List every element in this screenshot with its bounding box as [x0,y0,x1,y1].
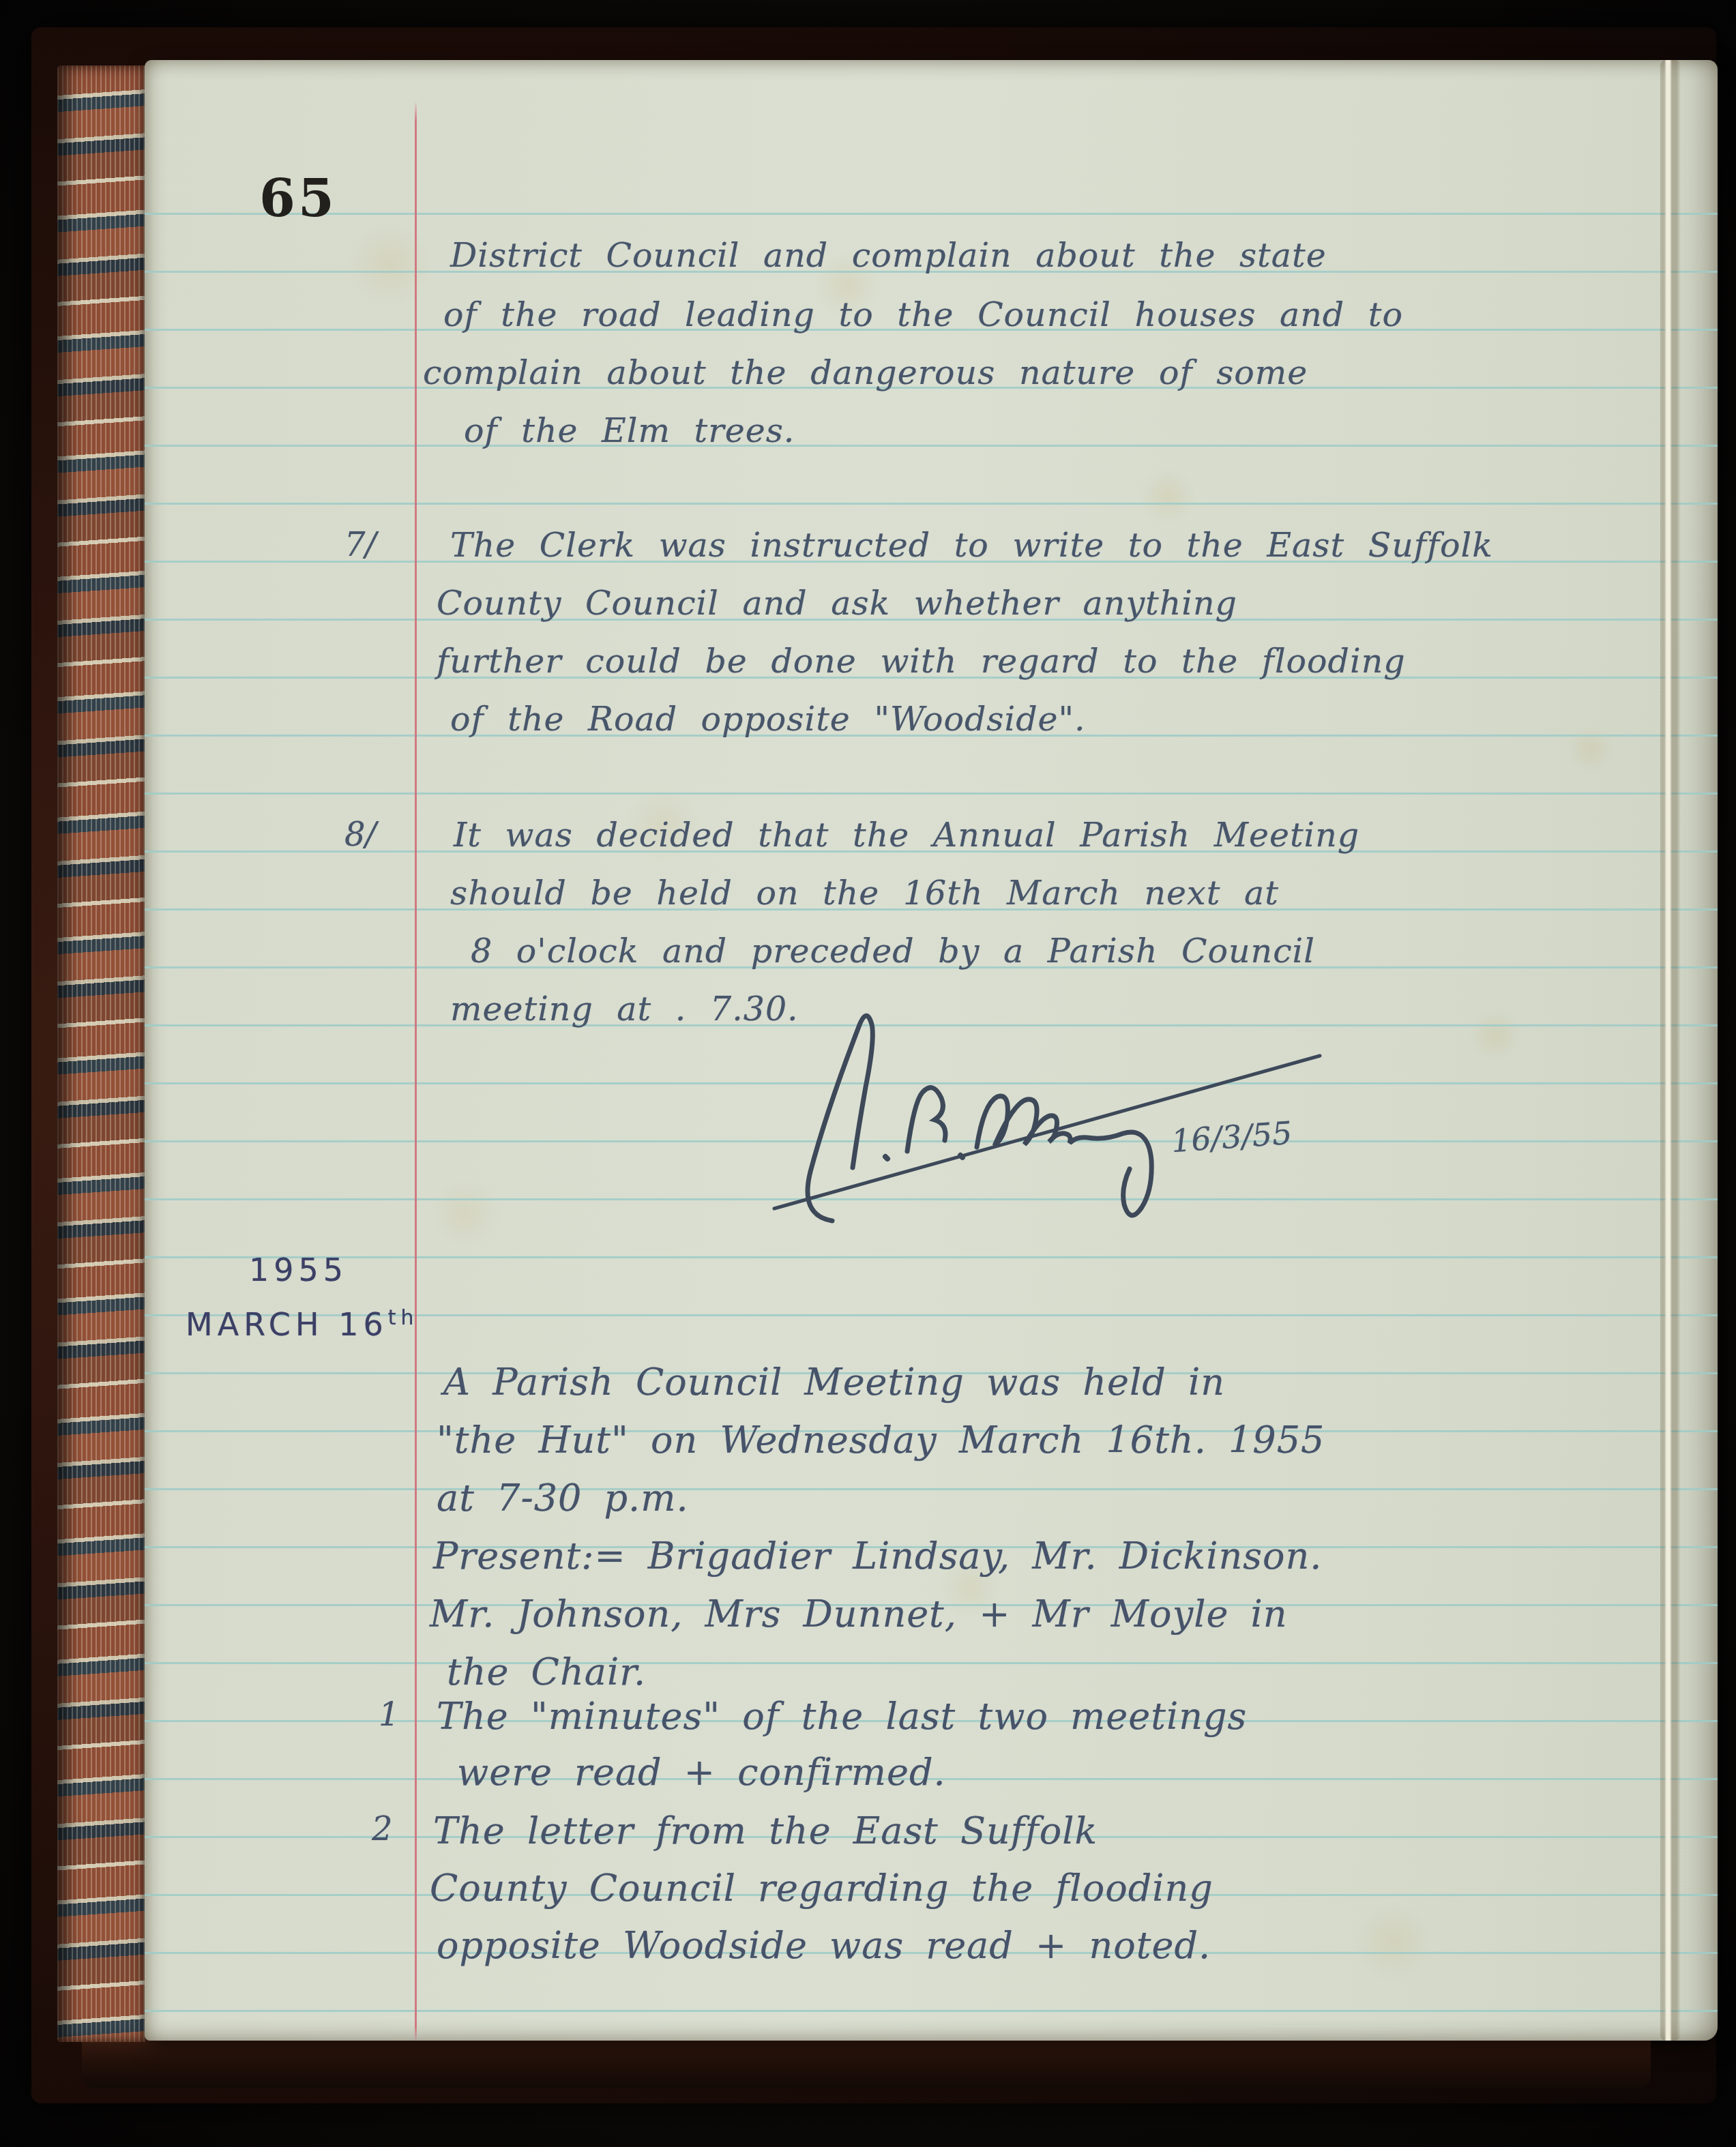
page-number: 65 [259,168,337,228]
red-margin-line [415,60,417,2041]
handwritten-line: The letter from the East Suffolk [433,1813,1098,1850]
handwritten-line: Present:= Brigadier Lindsay, Mr. Dickins… [433,1538,1322,1575]
notebook-page: 65 District Council and complain about t… [145,60,1718,2041]
handwritten-line: of the Road opposite "Woodside". [450,702,1086,736]
handwritten-line: County Council and ask whether anything [437,587,1237,620]
handwritten-line: at 7-30 p.m. [437,1480,689,1517]
handwritten-line: Mr. Johnson, Mrs Dunnet, + Mr Moyle in [430,1596,1288,1633]
handwritten-line: It was decided that the Annual Parish Me… [454,818,1359,852]
item-2-marker: 2 [372,1813,394,1846]
item-7-marker: 7/ [344,529,377,561]
handwritten-line: were read + confirmed. [457,1754,946,1791]
signature-date: 16/3/55 [1171,1117,1293,1157]
handwritten-line: "the Hut" on Wednesday March 16th. 1955 [437,1422,1325,1459]
handwritten-line: of the road leading to the Council house… [443,298,1403,331]
handwritten-line: the Chair. [447,1654,646,1691]
scanned-minute-book-photo: 65 District Council and complain about t… [0,0,1736,2147]
book-leather-bottom-edge [82,2035,1651,2088]
handwritten-line: A Parish Council Meeting was held in [443,1364,1225,1401]
handwritten-line: further could be done with regard to the… [437,645,1406,678]
page-fold-crease [1660,60,1681,2041]
handwritten-line: should be held on the 16th March next at [450,876,1279,910]
handwritten-line: opposite Woodside was read + noted. [437,1927,1211,1964]
marbled-page-edges [57,65,146,2042]
handwritten-line: complain about the dangerous nature of s… [423,356,1308,389]
handwritten-line: County Council regarding the flooding [430,1870,1213,1907]
handwritten-line: of the Elm trees. [464,414,795,447]
handwritten-line: The "minutes" of the last two meetings [437,1698,1247,1735]
ordinal-suffix: th [388,1306,419,1330]
item-8-marker: 8/ [344,818,377,851]
handwritten-line: District Council and complain about the … [450,239,1327,272]
handwritten-line: The Clerk was instructed to write to the… [450,529,1493,562]
margin-note-date: MARCH 16th [186,1306,418,1343]
margin-note-year: 1955 [249,1252,348,1288]
handwritten-line: 8 o'clock and preceded by a Parish Counc… [471,934,1315,968]
item-1-marker: 1 [379,1698,400,1731]
